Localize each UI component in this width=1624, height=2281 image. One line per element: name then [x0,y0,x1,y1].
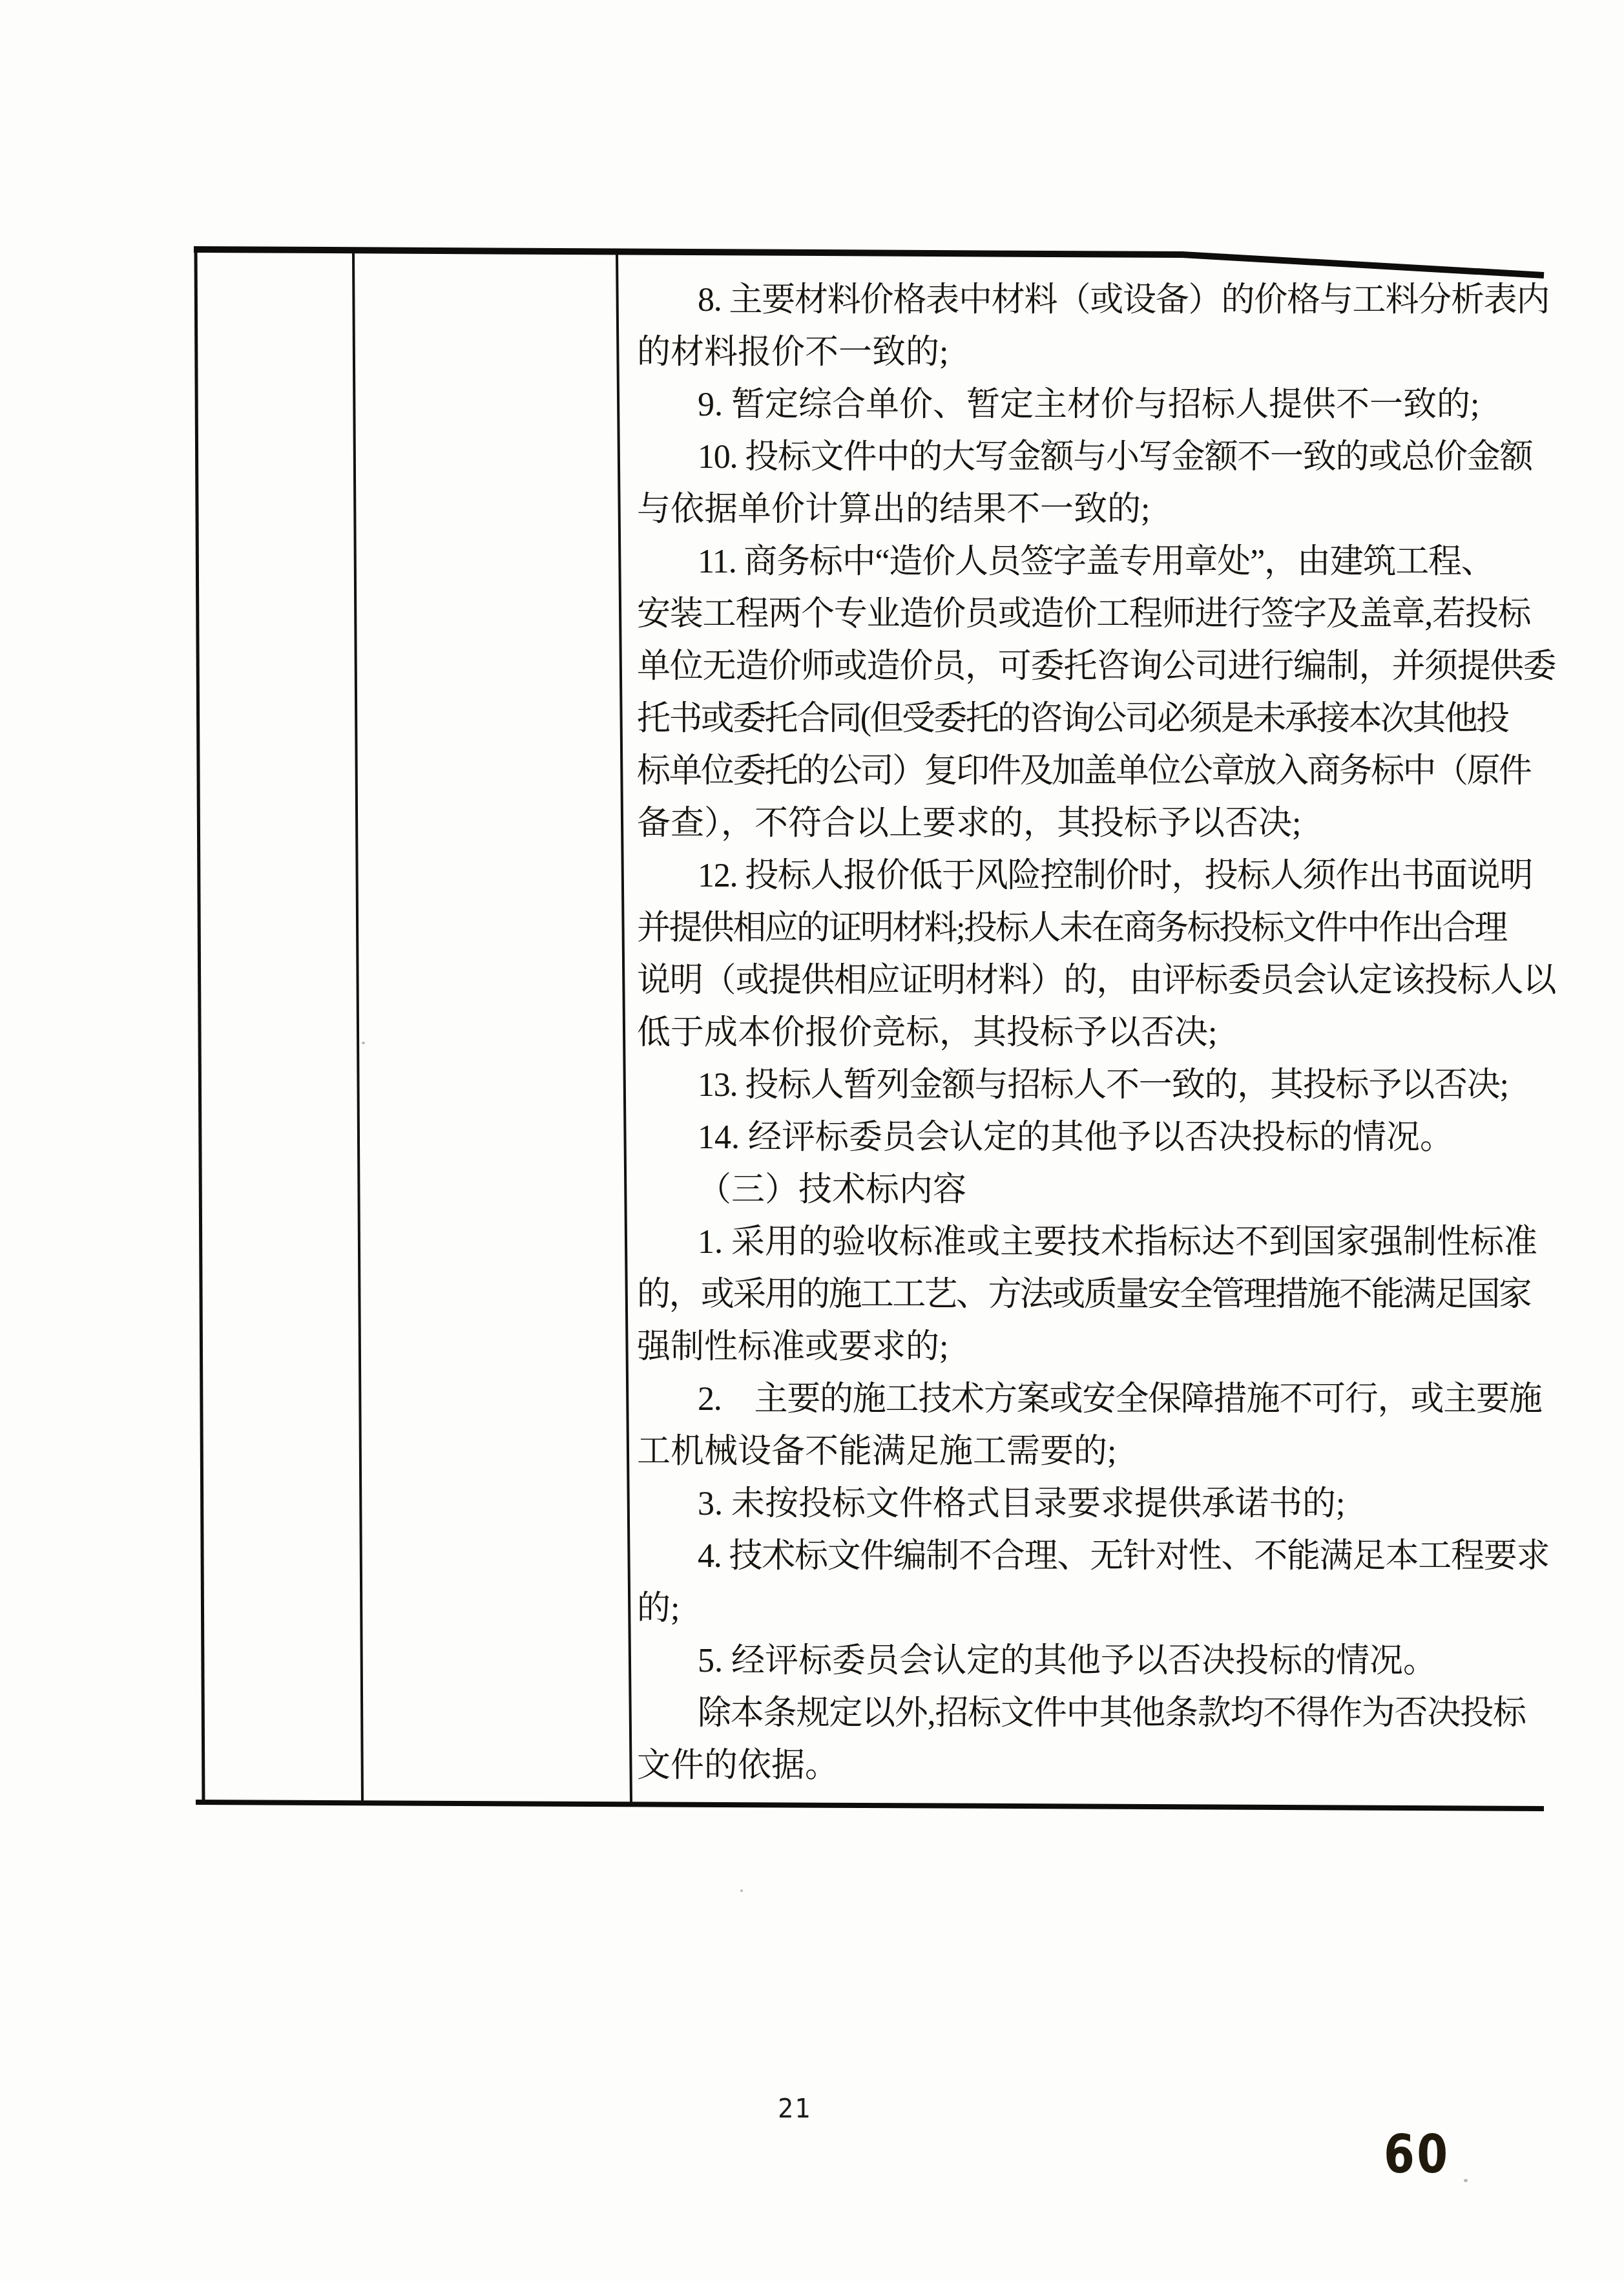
document-line: 4. 技术标文件编制不合理、无针对性、不能满足本工程要求 [637,1530,1546,1582]
table-empty-cell-middle [357,253,618,1802]
document-line: （三）技术标内容 [637,1164,1546,1216]
scan-speck [1464,2179,1468,2182]
document-line: 单位无造价师或造价员，可委托咨询公司进行编制，并须提供委 [637,640,1546,693]
table-empty-cell-left [198,253,354,1802]
document-line: 10. 投标文件中的大写金额与小写金额不一致的或总价金额 [637,431,1546,483]
document-line: 安装工程两个专业造价员或造价工程师进行签字及盖章,若投标 [637,588,1546,640]
document-line: 8. 主要材料价格表中材料（或设备）的价格与工料分析表内 [637,274,1546,326]
document-line: 托书或委托合同(但受委托的咨询公司必须是未承接本次其他投 [637,693,1546,745]
document-line: 强制性标准或要求的; [637,1321,1546,1373]
document-line: 文件的依据。 [637,1740,1546,1792]
table-content-column: 8. 主要材料价格表中材料（或设备）的价格与工料分析表内 的材料报价不一致的; … [637,274,1546,1792]
document-line: 并提供相应的证明材料;投标人未在商务标投标文件中作出合理 [637,902,1546,954]
scan-speck [362,1042,365,1044]
document-line: 的; [637,1582,1546,1635]
document-line: 低于成本价报价竞标，其投标予以否决; [637,1007,1546,1059]
document-line: 13. 投标人暂列金额与招标人不一致的，其投标予以否决; [637,1059,1546,1111]
table-bottom-border [196,1802,1544,1809]
document-line: 2. 主要的施工技术方案或安全保障措施不可行，或主要施 [637,1373,1546,1425]
table-column-divider-2 [617,254,631,1803]
document-line: 3. 未按投标文件格式目录要求提供承诺书的; [637,1478,1546,1530]
document-line: 工机械设备不能满足施工需要的; [637,1425,1546,1478]
scanned-document-page: 8. 主要材料价格表中材料（或设备）的价格与工料分析表内 的材料报价不一致的; … [0,0,1624,2281]
document-line: 标单位委托的公司）复印件及加盖单位公章放入商务标中（原件 [637,745,1546,797]
page-number: 21 [778,2095,811,2123]
document-line: 9. 暂定综合单价、暂定主材价与招标人提供不一致的; [637,379,1546,431]
scan-speck [740,1889,743,1892]
document-line: 说明（或提供相应证明材料）的，由评标委员会认定该投标人以 [637,954,1546,1007]
document-line: 的，或采用的施工工艺、方法或质量安全管理措施不能满足国家 [637,1268,1546,1321]
document-line: 备查），不符合以上要求的，其投标予以否决; [637,797,1546,850]
document-line: 12. 投标人报价低于风险控制价时，投标人须作出书面说明 [637,850,1546,902]
document-line: 与依据单价计算出的结果不一致的; [637,483,1546,536]
document-line: 11. 商务标中“造价人员签字盖专用章处”，由建筑工程、 [637,536,1546,588]
stamped-sheet-number: 60 [1384,2129,1450,2181]
document-line: 5. 经评标委员会认定的其他予以否决投标的情况。 [637,1635,1546,1687]
document-line: 14. 经评标委员会认定的其他予以否决投标的情况。 [637,1111,1546,1164]
document-line: 的材料报价不一致的; [637,326,1546,379]
document-line: 除本条规定以外,招标文件中其他条款均不得作为否决投标 [637,1687,1546,1740]
document-line: 1. 采用的验收标准或主要技术指标达不到国家强制性标准 [637,1216,1546,1268]
